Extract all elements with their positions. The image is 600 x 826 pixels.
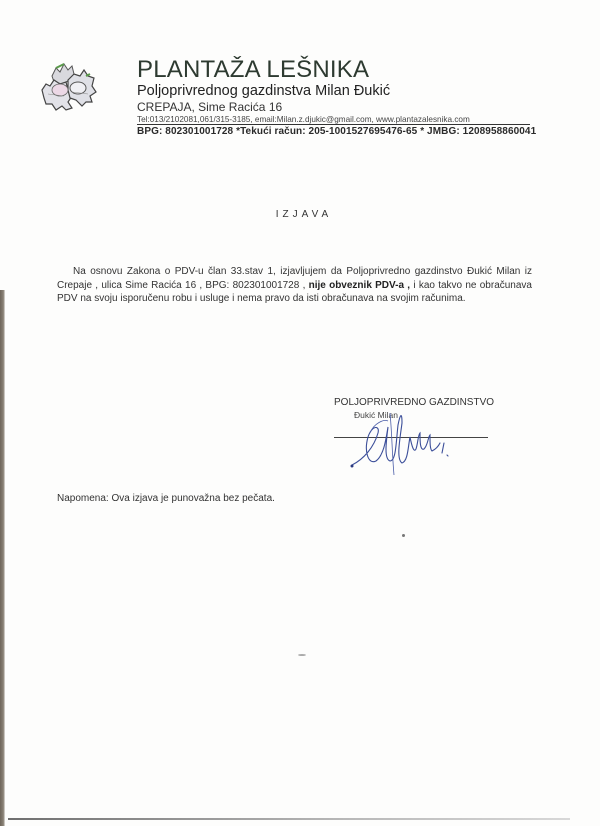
company-subtitle: Poljoprivrednog gazdinstva Milan Đukić [137, 83, 390, 99]
letterhead-divider [137, 124, 530, 125]
scan-edge-left [0, 290, 5, 826]
company-title: PLANTAŽA LEŠNIKA [137, 56, 369, 84]
hazelnut-leaves-logo-icon [38, 56, 100, 118]
scan-speck [402, 534, 405, 537]
statement-body: Na osnovu Zakona o PDV-u član 33.stav 1,… [57, 265, 532, 306]
company-address: CREPAJA, Sime Racića 16 [137, 100, 282, 114]
handwritten-signature-icon [344, 403, 484, 483]
document-note: Napomena: Ova izjava je punovažna bez pe… [57, 493, 275, 504]
company-contact: Tel:013/2102081,061/315-3185, email:Mila… [137, 115, 470, 124]
scan-edge-bottom [8, 818, 570, 820]
company-ids: BPG: 802301001728 *Tekući račun: 205-100… [137, 126, 536, 137]
document-title: IZJAVA [0, 209, 600, 220]
signature-block: POLJOPRIVREDNO GAZDINSTVO Đukić Milan [334, 397, 494, 420]
statement-emphasis: nije obveznik PDV-a , [309, 280, 410, 291]
scan-speck [298, 654, 306, 656]
